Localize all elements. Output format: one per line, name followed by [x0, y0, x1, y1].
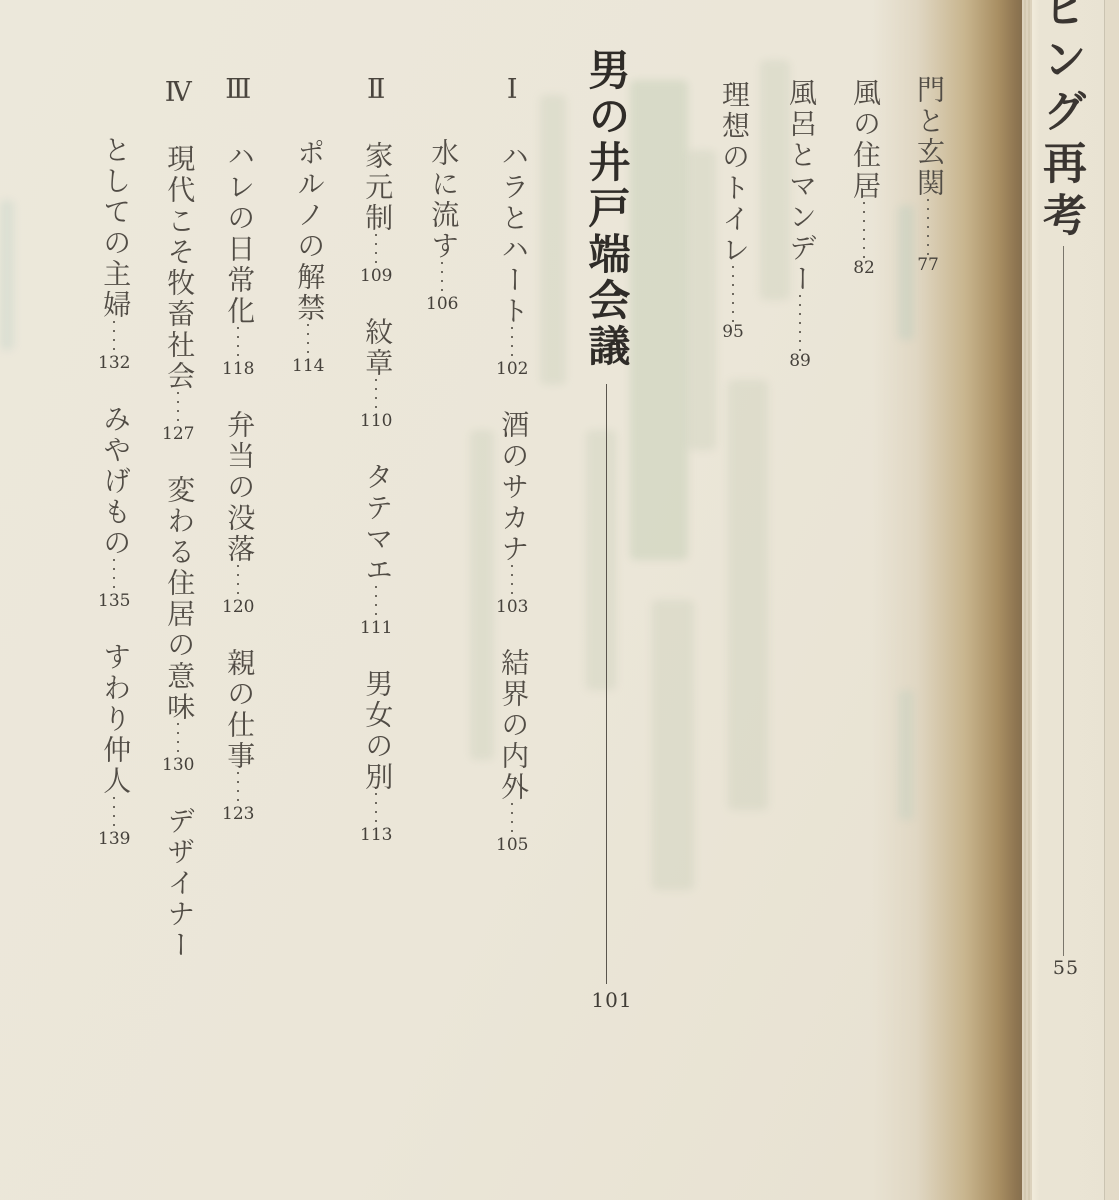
chapter-page-number: 101 [588, 988, 636, 1012]
book-gutter [872, 0, 1022, 1200]
toc-entry-2: 風の住居82 [848, 78, 881, 279]
chapter-title-column: 男の井戸端会議 [582, 48, 632, 370]
dot-leader [113, 559, 115, 591]
section-numeral: Ⅲ [225, 73, 251, 105]
toc-entry-3: 風呂とマンデー89 [784, 78, 817, 372]
spacer [376, 287, 377, 317]
entry-title: 門と玄関 [913, 75, 944, 199]
dot-leader [307, 324, 309, 356]
spacer [114, 374, 115, 404]
showthrough-smudge [630, 80, 688, 560]
spacer [376, 639, 377, 669]
section-2-continuation-column: ポルノの解禁114 [292, 138, 325, 377]
item-title: 酒のサカナ [497, 410, 528, 565]
page-edge-band [1105, 0, 1119, 1200]
item-page-number: 132 [98, 353, 130, 374]
item-page-number: 130 [162, 755, 194, 776]
item-title: 家元制 [361, 141, 392, 234]
section-numeral: Ⅰ [507, 73, 518, 105]
entry-title: 理想のトイレ [718, 80, 749, 266]
item-page-number: 106 [426, 294, 458, 315]
item-title: ハレの日常化 [223, 141, 254, 327]
section-numeral: Ⅱ [367, 73, 385, 105]
spacer [178, 776, 179, 806]
toc-entry-1: 門と玄関77 [912, 75, 945, 276]
spacer [114, 612, 115, 642]
spacer [178, 445, 179, 475]
spacer [178, 108, 179, 144]
item-page-number: 110 [360, 411, 392, 432]
item-title: 結界の内外 [497, 648, 528, 803]
chapter-rule [606, 384, 607, 984]
entry-title: 風呂とマンデー [785, 78, 816, 295]
spacer [376, 105, 377, 141]
dot-leader [732, 266, 734, 322]
showthrough-smudge [898, 690, 914, 820]
entry-page-number: 82 [853, 258, 875, 279]
dot-leader [511, 565, 513, 597]
item-page-number: 118 [222, 359, 254, 380]
item-title-part: としての主婦 [99, 135, 130, 321]
showthrough-smudge [728, 380, 768, 810]
dot-leader [113, 797, 115, 829]
dot-leader [375, 379, 377, 411]
dot-leader [375, 793, 377, 825]
item-title: 現代こそ牧畜社会 [163, 144, 194, 392]
item-page-number: 127 [162, 424, 194, 445]
item-title: すわり仲人 [99, 642, 130, 797]
section-column-1: Ⅰハラとハート102酒のサカナ103結界の内外105 [496, 73, 529, 856]
section-1-continuation-column: 水に流す106 [426, 138, 459, 315]
entry-page-number: 77 [917, 255, 939, 276]
dot-leader [237, 565, 239, 597]
dot-leader [177, 392, 179, 424]
item-title: タテマエ [361, 462, 392, 586]
spacer [512, 618, 513, 648]
item-page-number: 120 [222, 597, 254, 618]
dot-leader [237, 772, 239, 804]
item-title: 弁当の没落 [223, 410, 254, 565]
showthrough-smudge [470, 430, 494, 760]
item-page-number: 113 [360, 825, 392, 846]
spacer [238, 105, 239, 141]
item-title: ハラとハート [497, 141, 528, 327]
toc-entry-4: 理想のトイレ95 [717, 80, 750, 343]
dot-leader [441, 262, 443, 294]
item-page-number: 103 [496, 597, 528, 618]
entry-title: 風の住居 [849, 78, 880, 202]
dot-leader [863, 202, 865, 258]
section-column-4: Ⅳ現代こそ牧畜社会127変わる住居の意味130デザイナー [162, 76, 195, 961]
item-page-number: 135 [98, 591, 130, 612]
dot-leader [927, 199, 929, 255]
item-title: 親の仕事 [223, 648, 254, 772]
entry-page-number: 89 [789, 351, 811, 372]
book-photo: ビング再考 55 門と玄関77 風の住居82 風呂とマンデー89 理想のトイレ9… [0, 0, 1119, 1200]
dot-leader [375, 234, 377, 266]
item-page-number: 114 [292, 356, 324, 377]
spacer [238, 380, 239, 410]
showthrough-smudge [586, 430, 616, 690]
right-page-number: 55 [1046, 957, 1086, 979]
dot-leader [511, 803, 513, 835]
spacer [376, 432, 377, 462]
dot-leader [237, 327, 239, 359]
running-title-rule [1063, 246, 1064, 956]
item-page-number: 123 [222, 804, 254, 825]
running-title-partial: ビング再考 [1028, 0, 1092, 244]
spacer [512, 380, 513, 410]
showthrough-smudge [0, 200, 14, 350]
spacer [512, 105, 513, 141]
item-title-part: デザイナー [163, 806, 194, 961]
item-title: ポルノの解禁 [293, 138, 324, 324]
item-page-number: 109 [360, 266, 392, 287]
item-page-number: 102 [496, 359, 528, 380]
section-column-2: Ⅱ家元制109紋章110タテマエ111男女の別113 [360, 73, 393, 846]
showthrough-smudge [688, 150, 716, 450]
item-title: 紋章 [361, 317, 392, 379]
item-page-number: 139 [98, 829, 130, 850]
dot-leader [113, 321, 115, 353]
showthrough-smudge [652, 600, 694, 890]
item-title: 変わる住居の意味 [163, 475, 194, 723]
entry-page-number: 95 [722, 322, 744, 343]
item-page-number: 105 [496, 835, 528, 856]
item-page-number: 111 [360, 618, 392, 639]
section-column-3: Ⅲハレの日常化118弁当の没落120親の仕事123 [222, 73, 255, 825]
item-title: みやげもの [99, 404, 130, 559]
chapter-title: 男の井戸端会議 [584, 48, 631, 370]
dot-leader [375, 586, 377, 618]
showthrough-smudge [540, 95, 566, 385]
section-numeral: Ⅳ [165, 76, 192, 108]
dot-leader [799, 295, 801, 351]
section-4-continuation-column: としての主婦132みやげもの135すわり仲人139 [98, 135, 131, 850]
spacer [238, 618, 239, 648]
item-title: 男女の別 [361, 669, 392, 793]
dot-leader [511, 327, 513, 359]
dot-leader [177, 723, 179, 755]
item-title: 水に流す [427, 138, 458, 262]
